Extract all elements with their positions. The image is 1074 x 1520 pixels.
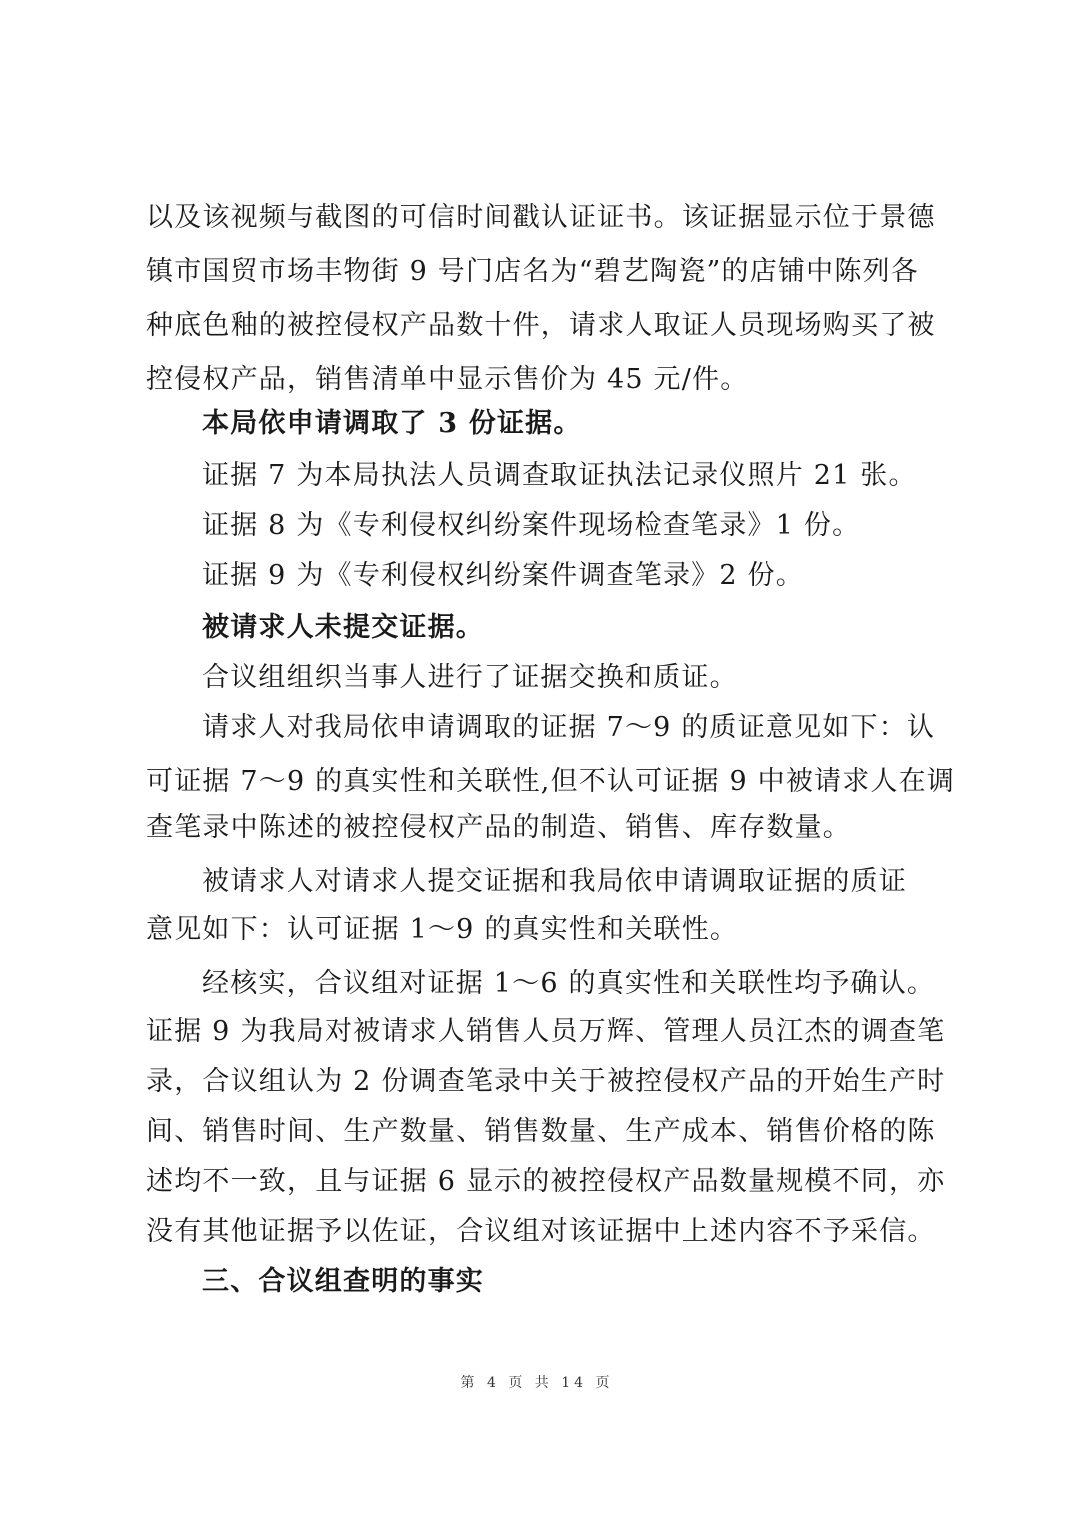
body-line: 可证据 7～9 的真实性和关联性,但不认可证据 9 中被请求人在调 — [146, 762, 946, 802]
body-line: 录，合议组认为 2 份调查笔录中关于被控侵权产品的开始生产时 — [146, 1062, 946, 1102]
body-line: 以及该视频与截图的可信时间戳认证证书。该证据显示位于景德 — [146, 198, 946, 238]
body-line: 意见如下：认可证据 1～9 的真实性和关联性。 — [146, 910, 946, 950]
body-line: 间、销售时间、生产数量、销售数量、生产成本、销售价格的陈 — [146, 1112, 946, 1152]
body-line: 合议组组织当事人进行了证据交换和质证。 — [202, 658, 1002, 698]
page-footer: 第 4 页 共 14 页 — [0, 1372, 1074, 1392]
footer-prefix: 第 — [460, 1375, 478, 1391]
footer-suffix: 页 — [596, 1375, 614, 1391]
evidence-item: 证据 9 为《专利侵权纠纷案件调查笔录》2 份。 — [202, 556, 1002, 596]
body-line: 查笔录中陈述的被控侵权产品的制造、销售、库存数量。 — [146, 808, 946, 848]
bold-statement: 被请求人未提交证据。 — [202, 608, 1002, 648]
body-line: 被请求人对请求人提交证据和我局依申请调取证据的质证 — [202, 862, 1002, 902]
bold-statement: 本局依申请调取了 3 份证据。 — [202, 404, 1002, 444]
evidence-item: 证据 7 为本局执法人员调查取证执法记录仪照片 21 张。 — [202, 456, 1002, 496]
body-line: 证据 9 为我局对被请求人销售人员万辉、管理人员江杰的调查笔 — [146, 1012, 946, 1052]
body-line: 镇市国贸市场丰物街 9 号门店名为“碧艺陶瓷”的店铺中陈列各 — [146, 252, 946, 292]
section-heading: 三、合议组查明的事实 — [202, 1262, 1002, 1302]
body-line: 经核实，合议组对证据 1～6 的真实性和关联性均予确认。 — [202, 964, 1002, 1004]
body-line: 没有其他证据予以佐证，合议组对该证据中上述内容不予采信。 — [146, 1212, 946, 1252]
body-line: 种底色釉的被控侵权产品数十件，请求人取证人员现场购买了被 — [146, 306, 946, 346]
body-line: 请求人对我局依申请调取的证据 7～9 的质证意见如下：认 — [202, 708, 1002, 748]
body-line: 述均不一致，且与证据 6 显示的被控侵权产品数量规模不同，亦 — [146, 1162, 946, 1202]
total-page-count: 14 — [561, 1375, 587, 1391]
footer-total-word: 共 — [535, 1375, 553, 1391]
document-page: 以及该视频与截图的可信时间戳认证证书。该证据显示位于景德 镇市国贸市场丰物街 9… — [0, 0, 1074, 1520]
current-page-number: 4 — [487, 1375, 500, 1391]
footer-page-word: 页 — [508, 1375, 526, 1391]
body-line: 控侵权产品，销售清单中显示售价为 45 元/件。 — [146, 360, 946, 400]
evidence-item: 证据 8 为《专利侵权纠纷案件现场检查笔录》1 份。 — [202, 506, 1002, 546]
